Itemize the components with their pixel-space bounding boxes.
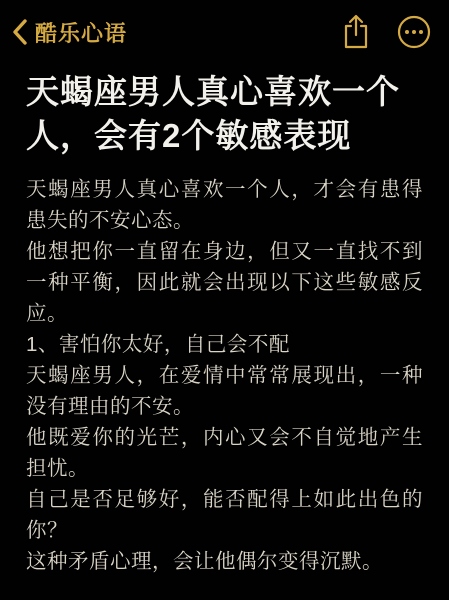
article-paragraph: 天蝎座男人，在爱情中常常展现出，一种没有理由的不安。	[26, 360, 423, 422]
article-content: 天蝎座男人真心喜欢一个人，会有2个敏感表现 天蝎座男人真心喜欢一个人，才会有患得…	[0, 54, 449, 577]
top-navigation-bar: 酷乐心语	[0, 0, 449, 54]
article-paragraph: 他既爱你的光芒，内心又会不自觉地产生担忧。	[26, 422, 423, 484]
article-title: 天蝎座男人真心喜欢一个人，会有2个敏感表现	[26, 70, 423, 158]
note-screen: 酷乐心语 天蝎座男人真心喜欢一个人，会有2个敏感表现 天蝎座男人真心喜欢一个人，…	[0, 0, 449, 600]
chevron-left-icon	[12, 19, 28, 45]
ellipsis-circle-icon[interactable]	[397, 15, 431, 49]
article-body: 天蝎座男人真心喜欢一个人，才会有患得患失的不安心态。 他想把你一直留在身边，但又…	[26, 174, 423, 577]
article-paragraph: 这种矛盾心理，会让他偶尔变得沉默。	[26, 546, 423, 577]
header-actions	[341, 14, 431, 50]
back-label: 酷乐心语	[35, 17, 127, 48]
back-button[interactable]: 酷乐心语	[12, 17, 127, 48]
article-paragraph: 他想把你一直留在身边，但又一直找不到一种平衡，因此就会出现以下这些敏感反应。	[26, 236, 423, 329]
article-paragraph: 自己是否足够好，能否配得上如此出色的你？	[26, 484, 423, 546]
article-paragraph: 天蝎座男人真心喜欢一个人，才会有患得患失的不安心态。	[26, 174, 423, 236]
article-paragraph: 1、害怕你太好，自己会不配	[26, 329, 423, 360]
share-icon[interactable]	[341, 14, 371, 50]
